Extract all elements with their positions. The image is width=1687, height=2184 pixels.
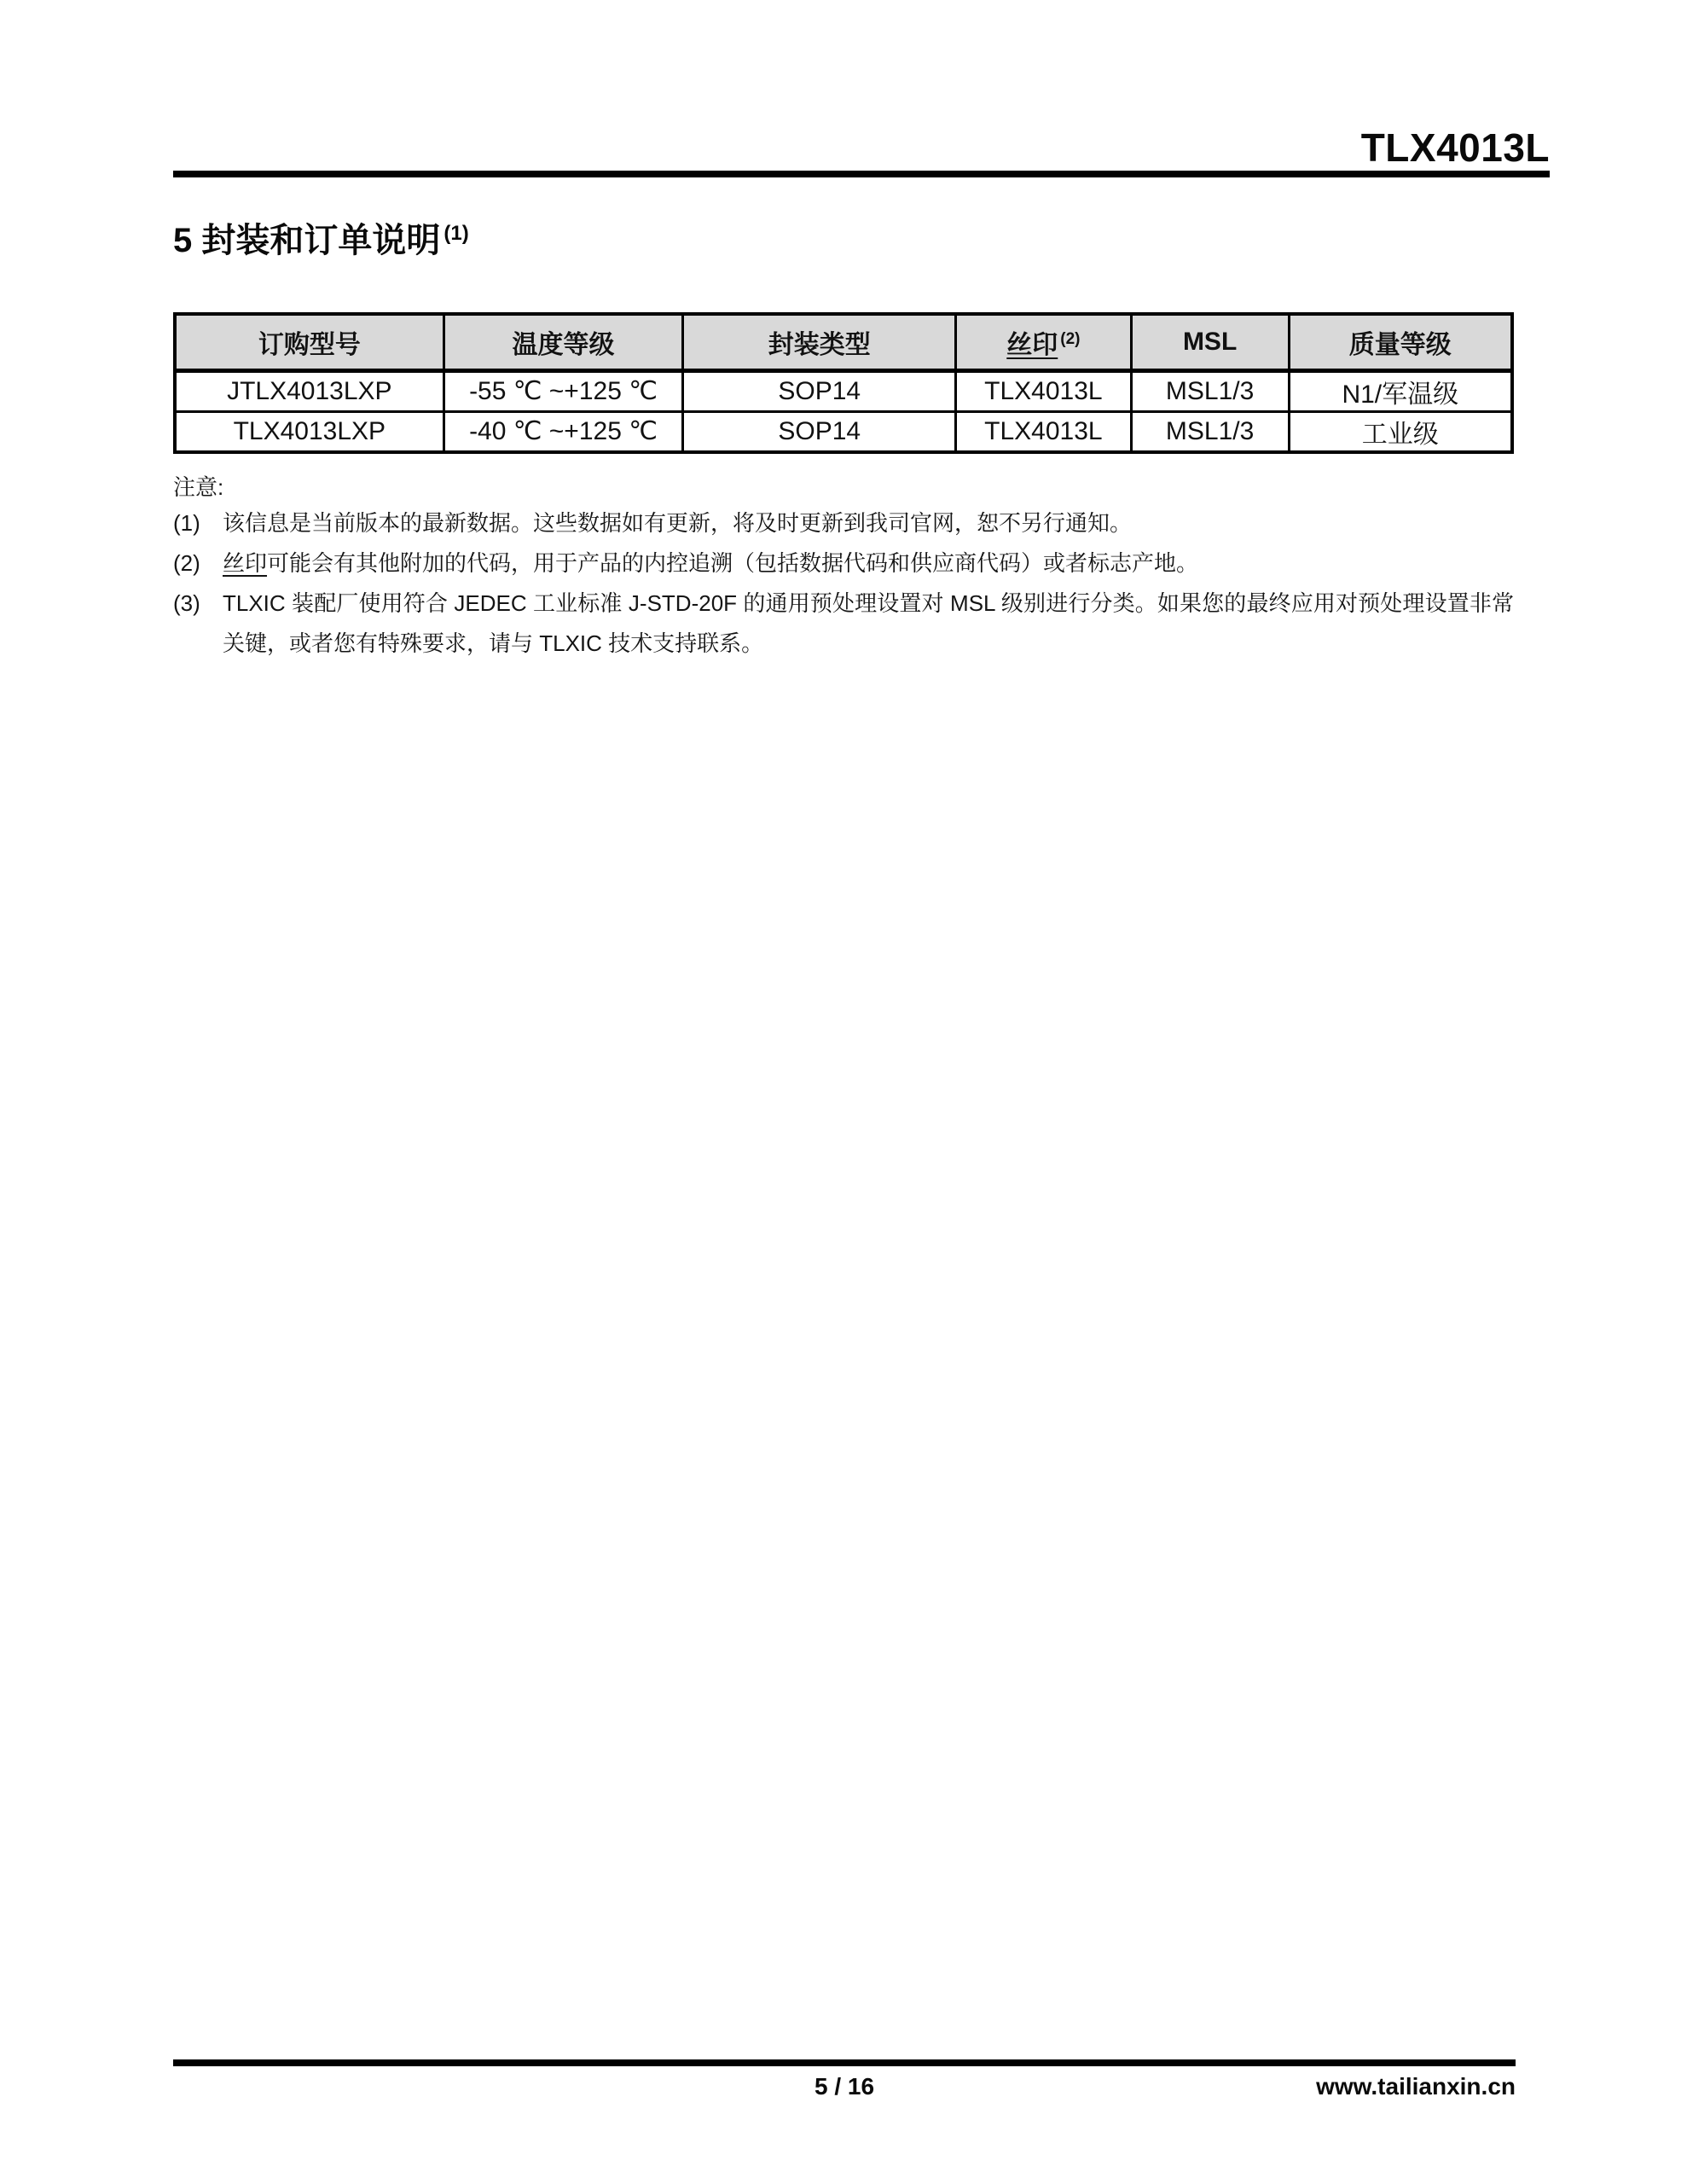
cell-temp-grade: -40 ℃ ~+125 ℃ (443, 411, 683, 452)
cell-package-type: SOP14 (683, 370, 956, 411)
ordering-info-table: 订购型号 温度等级 封装类型 丝印(2) MSL 质量等级 JTLX4013LX… (173, 312, 1514, 454)
cell-marking: TLX4013L (956, 411, 1131, 452)
note-text: 丝印可能会有其他附加的代码，用于产品的内控追溯（包括数据代码和供应商代码）或者标… (223, 543, 1514, 584)
note-number: (2) (173, 543, 223, 584)
cell-package-type: SOP14 (683, 411, 956, 452)
cell-marking: TLX4013L (956, 370, 1131, 411)
footer-rule (173, 2059, 1516, 2066)
note-number: (1) (173, 503, 223, 543)
note-text: 该信息是当前版本的最新数据。这些数据如有更新，将及时更新到我司官网，恕不另行通知… (223, 503, 1514, 543)
note-text-rest: 可能会有其他附加的代码，用于产品的内控追溯（包括数据代码和供应商代码）或者标志产… (267, 550, 1198, 576)
col-header-temp-grade: 温度等级 (443, 314, 683, 370)
col-header-package-type: 封装类型 (683, 314, 956, 370)
note-underlined-term: 丝印 (223, 550, 267, 576)
section-title-footnote-ref: (1) (443, 222, 468, 245)
cell-msl: MSL1/3 (1131, 370, 1289, 411)
note-text: TLXIC 装配厂使用符合 JEDEC 工业标准 J-STD-20F 的通用预处… (223, 584, 1514, 664)
col-header-quality-grade: 质量等级 (1289, 314, 1512, 370)
col-header-marking: 丝印(2) (956, 314, 1131, 370)
page-number: 5 / 16 (815, 2073, 874, 2100)
notes-heading: 注意: (173, 471, 1514, 503)
note-number: (3) (173, 584, 223, 664)
cell-order-model: JTLX4013LXP (175, 370, 443, 411)
doc-title: TLX4013L (1361, 128, 1550, 167)
section-title-text: 5 封装和订单说明 (173, 222, 440, 259)
col-header-marking-text: 丝印 (1006, 331, 1058, 359)
table-row: TLX4013LXP -40 ℃ ~+125 ℃ SOP14 TLX4013L … (175, 411, 1512, 452)
document-page: TLX4013L 5 封装和订单说明(1) 订购型号 温度等级 封装类型 丝印(… (0, 0, 1687, 2184)
header-rule (173, 171, 1550, 177)
cell-quality-grade: N1/军温级 (1289, 370, 1512, 411)
col-header-order-model: 订购型号 (175, 314, 443, 370)
section-title: 5 封装和订单说明(1) (173, 222, 469, 259)
notes-section: 注意: (1) 该信息是当前版本的最新数据。这些数据如有更新，将及时更新到我司官… (173, 471, 1514, 664)
table-header-row: 订购型号 温度等级 封装类型 丝印(2) MSL 质量等级 (175, 314, 1512, 370)
col-header-msl: MSL (1131, 314, 1289, 370)
cell-msl: MSL1/3 (1131, 411, 1289, 452)
note-item-1: (1) 该信息是当前版本的最新数据。这些数据如有更新，将及时更新到我司官网，恕不… (173, 503, 1514, 543)
note-item-2: (2) 丝印可能会有其他附加的代码，用于产品的内控追溯（包括数据代码和供应商代码… (173, 543, 1514, 584)
cell-quality-grade: 工业级 (1289, 411, 1512, 452)
website-url: www.tailianxin.cn (1316, 2073, 1516, 2100)
cell-order-model: TLX4013LXP (175, 411, 443, 452)
footer-row: 5 / 16 www.tailianxin.cn (173, 2066, 1516, 2104)
cell-temp-grade: -55 ℃ ~+125 ℃ (443, 370, 683, 411)
note-item-3: (3) TLXIC 装配厂使用符合 JEDEC 工业标准 J-STD-20F 的… (173, 584, 1514, 664)
page-footer: 5 / 16 www.tailianxin.cn (173, 2059, 1516, 2104)
col-header-marking-footnote-ref: (2) (1060, 330, 1080, 348)
table-row: JTLX4013LXP -55 ℃ ~+125 ℃ SOP14 TLX4013L… (175, 370, 1512, 411)
